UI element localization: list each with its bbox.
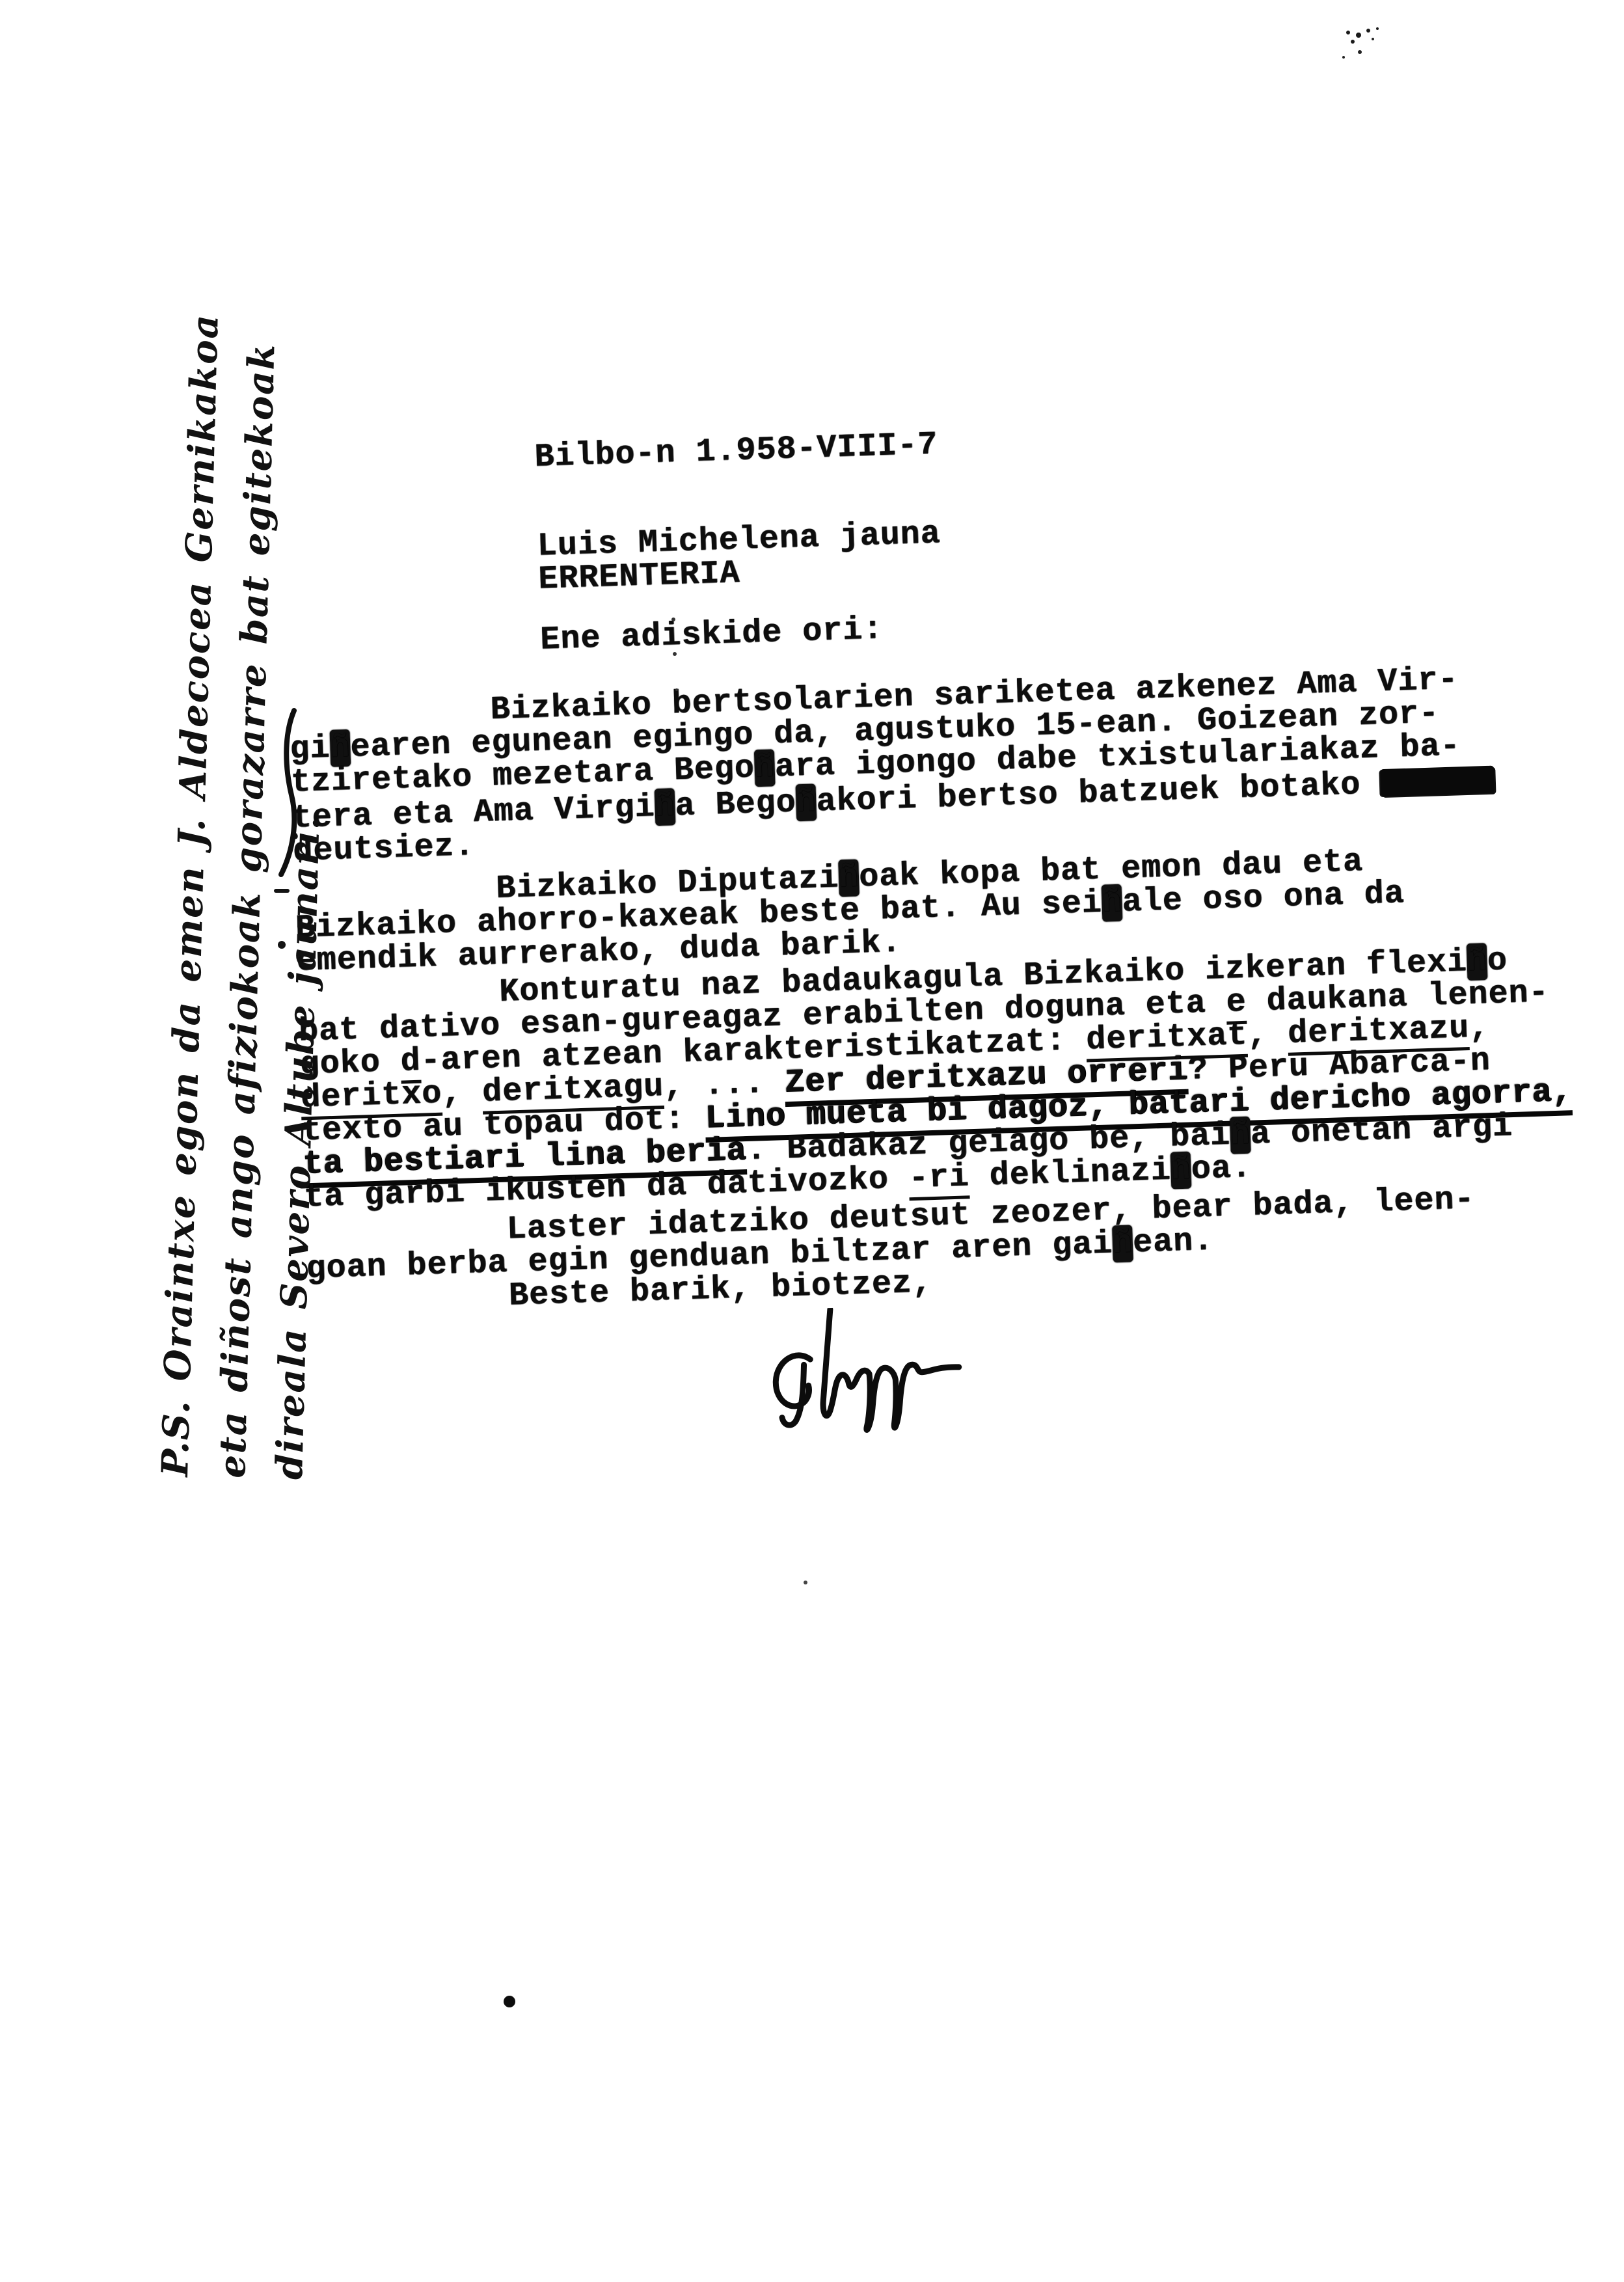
date-line: Bilbo-n 1.958-VIII-7 (534, 408, 1595, 474)
handwritten-margin-note: P.S. Oraintxe egon da emen J. Aldecocea … (146, 357, 347, 1480)
paragraph-3: Konturatu naz badaukagula Bizkaiko izker… (297, 941, 1618, 1214)
typed-letter: Bilbo-n 1.958-VIII-7 Luis Michelena jaun… (280, 388, 1624, 1486)
salutation: Ene adiskide ori: (540, 590, 1601, 657)
paragraph-1: Bizkaiko bertsolarien sariketea azkenez … (288, 659, 1607, 868)
letter-page: Bilbo-n 1.958-VIII-7 Luis Michelena jaun… (0, 0, 1624, 2282)
signature-squiggle (763, 1304, 969, 1463)
blacked-out-word (1381, 766, 1495, 796)
bottom-ink-dot (504, 1996, 515, 2007)
recipient-address-block: Luis Michelena jauna ERRENTERIA (283, 496, 1599, 604)
